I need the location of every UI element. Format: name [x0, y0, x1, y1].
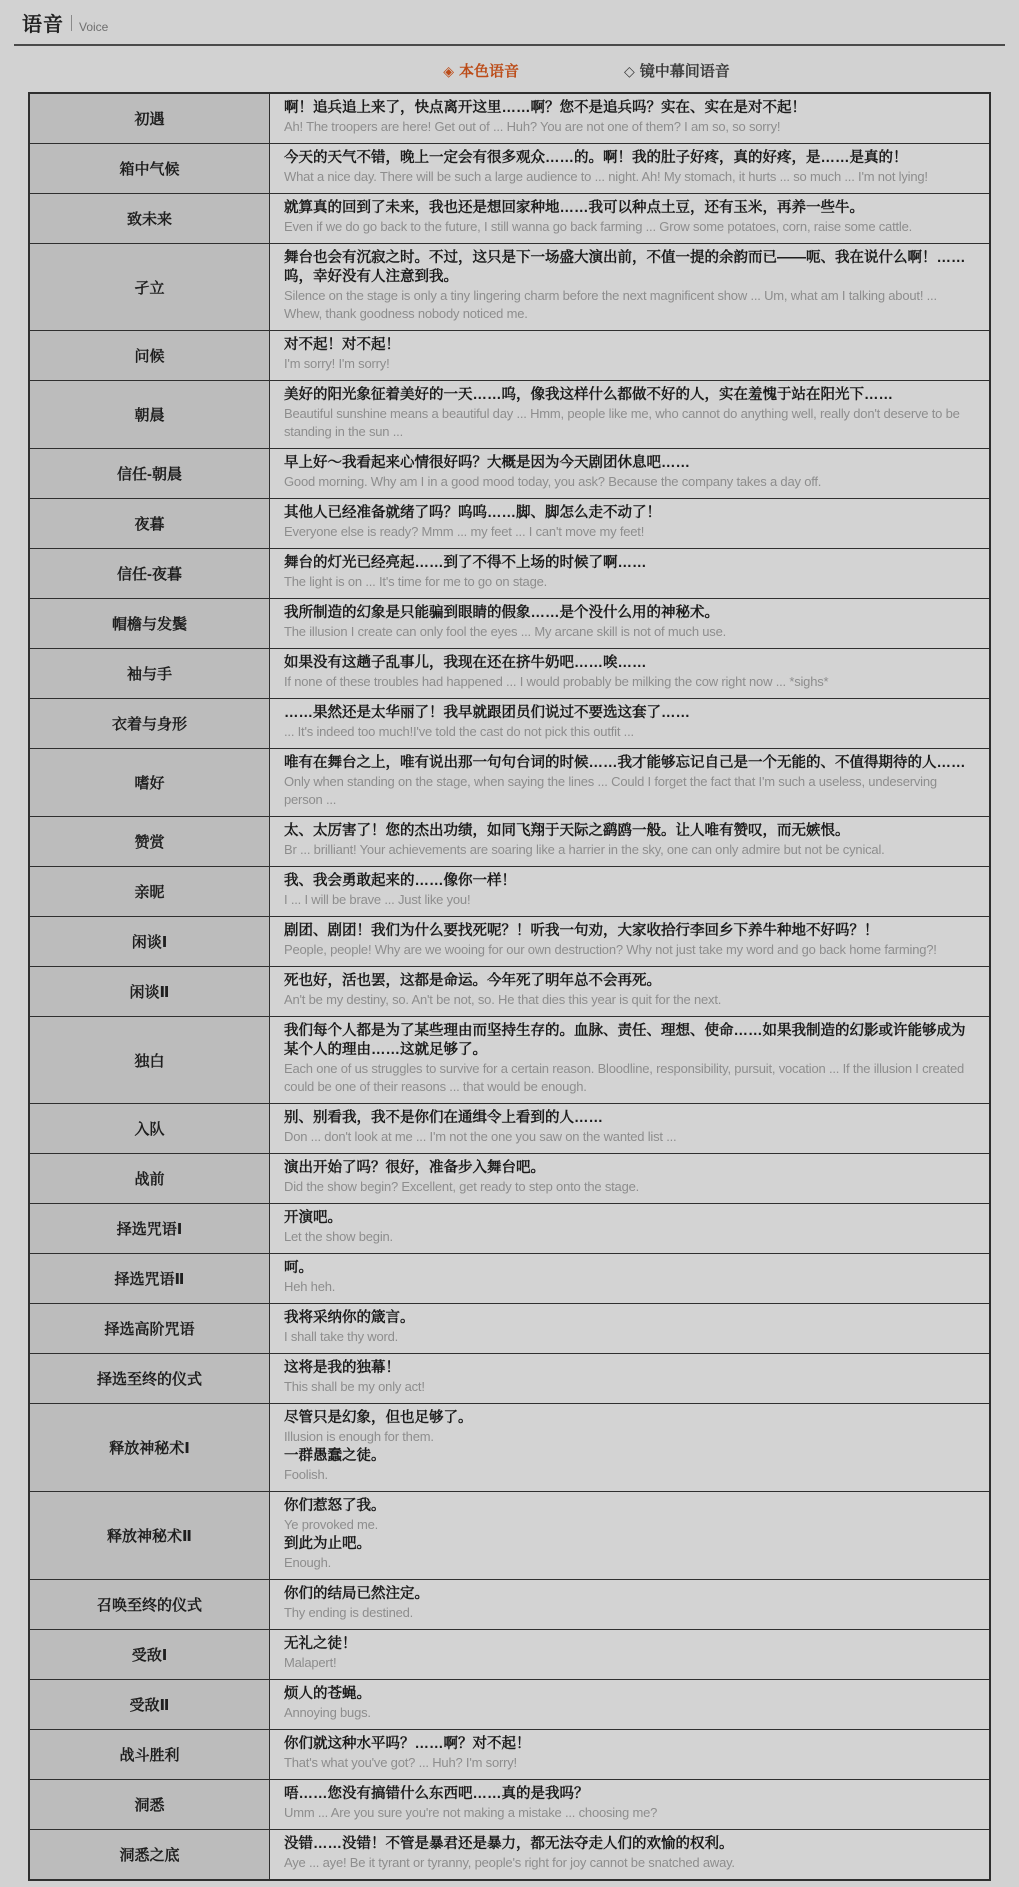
voice-line-zh: 剧团、剧团！我们为什么要找死呢？！听我一句劝，大家收拾行李回乡下养牛种地不好吗？…: [284, 922, 975, 941]
voice-title-cell: 袖与手: [30, 649, 270, 698]
voice-line-zh: 如果没有这趟子乱事儿，我现在还在挤牛奶吧……唉……: [284, 654, 975, 673]
table-row: 帽檐与发鬓我所制造的幻象是只能骗到眼睛的假象……是个没什么用的神秘术。The i…: [30, 598, 989, 648]
voice-line-en: People, people! Why are we wooing for ou…: [284, 941, 975, 959]
table-row: 袖与手如果没有这趟子乱事儿，我现在还在挤牛奶吧……唉……If none of t…: [30, 648, 989, 698]
voice-line-zh: 我们每个人都是为了某些理由而坚持生存的。血脉、责任、理想、使命……如果我制造的幻…: [284, 1022, 975, 1060]
voice-content-cell: 尽管只是幻象，但也足够了。Illusion is enough for them…: [270, 1404, 989, 1491]
voice-content-cell: 你们惹怒了我。Ye provoked me.到此为止吧。Enough.: [270, 1492, 989, 1579]
table-row: 独白我们每个人都是为了某些理由而坚持生存的。血脉、责任、理想、使命……如果我制造…: [30, 1016, 989, 1103]
table-row: 夜暮其他人已经准备就绪了吗？呜呜……脚、脚怎么走不动了！Everyone els…: [30, 498, 989, 548]
voice-line-zh: 开演吧。: [284, 1209, 975, 1228]
voice-content-cell: 如果没有这趟子乱事儿，我现在还在挤牛奶吧……唉……If none of thes…: [270, 649, 989, 698]
table-row: 问候对不起！对不起！I'm sorry! I'm sorry!: [30, 330, 989, 380]
voice-line-zh: 我所制造的幻象是只能骗到眼睛的假象……是个没什么用的神秘术。: [284, 604, 975, 623]
voice-line-zh: 你们的结局已然注定。: [284, 1585, 975, 1604]
tab-label-original-voice: 本色语音: [459, 63, 519, 80]
table-row: 受敌Ⅱ烦人的苍蝇。Annoying bugs.: [30, 1679, 989, 1729]
voice-content-cell: 舞台的灯光已经亮起……到了不得不上场的时候了啊……The light is on…: [270, 549, 989, 598]
voice-content-cell: 无礼之徒！Malapert!: [270, 1630, 989, 1679]
table-row: 择选咒语Ⅱ呵。Heh heh.: [30, 1253, 989, 1303]
page-header: 语音 Voice: [14, 4, 1005, 46]
voice-content-cell: 我将采纳你的箴言。I shall take thy word.: [270, 1304, 989, 1353]
active-tab-diamond-icon: ◈: [443, 63, 454, 79]
voice-title-cell: 战斗胜利: [30, 1730, 270, 1779]
voice-line-en: ... It's indeed too much!I've told the c…: [284, 723, 975, 741]
voice-content-cell: 舞台也会有沉寂之时。不过，这只是下一场盛大演出前，不值一提的余韵而已——呃、我在…: [270, 244, 989, 330]
voice-line-zh: 一群愚蠢之徒。: [284, 1447, 975, 1466]
voice-content-cell: 死也好，活也罢，这都是命运。今年死了明年总不会再死。An't be my des…: [270, 967, 989, 1016]
table-row: 闲谈Ⅱ死也好，活也罢，这都是命运。今年死了明年总不会再死。An't be my …: [30, 966, 989, 1016]
voice-title-cell: 衣着与身形: [30, 699, 270, 748]
voice-content-cell: 开演吧。Let the show begin.: [270, 1204, 989, 1253]
voice-title-cell: 洞悉: [30, 1780, 270, 1829]
voice-line-zh: 唯有在舞台之上，唯有说出那一句句台词的时候……我才能够忘记自己是一个无能的、不值…: [284, 754, 975, 773]
voice-table: 初遇啊！追兵追上来了，快点离开这里……啊？您不是追兵吗？实在、实在是对不起！Ah…: [28, 92, 991, 1881]
voice-line-en: Heh heh.: [284, 1278, 975, 1296]
voice-line-zh: 对不起！对不起！: [284, 336, 975, 355]
table-row: 择选高阶咒语我将采纳你的箴言。I shall take thy word.: [30, 1303, 989, 1353]
voice-line-zh: 无礼之徒！: [284, 1635, 975, 1654]
table-row: 入队别、别看我，我不是你们在通缉令上看到的人……Don ... don't lo…: [30, 1103, 989, 1153]
voice-title-cell: 赞赏: [30, 817, 270, 866]
voice-content-cell: 太、太厉害了！您的杰出功绩，如同飞翔于天际之鹞鸥一般。让人唯有赞叹，而无嫉恨。B…: [270, 817, 989, 866]
voice-content-cell: 烦人的苍蝇。Annoying bugs.: [270, 1680, 989, 1729]
page-title: 语音: [22, 8, 64, 37]
voice-line-zh: 啊！追兵追上来了，快点离开这里……啊？您不是追兵吗？实在、实在是对不起！: [284, 99, 975, 118]
voice-content-cell: ……果然还是太华丽了！我早就跟团员们说过不要选这套了……... It's ind…: [270, 699, 989, 748]
voice-content-cell: 你们就这种水平吗？……啊？对不起！That's what you've got?…: [270, 1730, 989, 1779]
voice-line-en: Don ... don't look at me ... I'm not the…: [284, 1128, 975, 1146]
voice-line-en: I shall take thy word.: [284, 1328, 975, 1346]
voice-line-zh: 其他人已经准备就绪了吗？呜呜……脚、脚怎么走不动了！: [284, 504, 975, 523]
voice-content-cell: 我所制造的幻象是只能骗到眼睛的假象……是个没什么用的神秘术。The illusi…: [270, 599, 989, 648]
voice-title-cell: 召唤至终的仪式: [30, 1580, 270, 1629]
voice-line-zh: 就算真的回到了未来，我也还是想回家种地……我可以种点土豆，还有玉米，再养一些牛。: [284, 199, 975, 218]
voice-title-cell: 受敌Ⅱ: [30, 1680, 270, 1729]
voice-line-zh: 演出开始了吗？很好，准备步入舞台吧。: [284, 1159, 975, 1178]
voice-title-cell: 洞悉之底: [30, 1830, 270, 1879]
voice-line-zh: 这将是我的独幕！: [284, 1359, 975, 1378]
voice-title-cell: 信任-夜暮: [30, 549, 270, 598]
table-row: 箱中气候今天的天气不错，晚上一定会有很多观众……的。啊！我的肚子好疼，真的好疼，…: [30, 143, 989, 193]
voice-content-cell: 唔……您没有搞错什么东西吧……真的是我吗？Umm ... Are you sur…: [270, 1780, 989, 1829]
voice-line-zh: 别、别看我，我不是你们在通缉令上看到的人……: [284, 1109, 975, 1128]
voice-content-cell: 我、我会勇敢起来的……像你一样！I ... I will be brave ..…: [270, 867, 989, 916]
voice-line-zh: 我将采纳你的箴言。: [284, 1309, 975, 1328]
voice-title-cell: 初遇: [30, 94, 270, 143]
voice-title-cell: 问候: [30, 331, 270, 380]
voice-title-cell: 箱中气候: [30, 144, 270, 193]
voice-line-en: Umm ... Are you sure you're not making a…: [284, 1804, 975, 1822]
voice-content-cell: 呵。Heh heh.: [270, 1254, 989, 1303]
voice-line-zh: 死也好，活也罢，这都是命运。今年死了明年总不会再死。: [284, 972, 975, 991]
table-row: 战斗胜利你们就这种水平吗？……啊？对不起！That's what you've …: [30, 1729, 989, 1779]
table-row: 闲谈Ⅰ剧团、剧团！我们为什么要找死呢？！听我一句劝，大家收拾行李回乡下养牛种地不…: [30, 916, 989, 966]
voice-line-zh: 我、我会勇敢起来的……像你一样！: [284, 872, 975, 891]
voice-content-cell: 别、别看我，我不是你们在通缉令上看到的人……Don ... don't look…: [270, 1104, 989, 1153]
voice-line-zh: 烦人的苍蝇。: [284, 1685, 975, 1704]
voice-title-cell: 亲昵: [30, 867, 270, 916]
table-row: 释放神秘术Ⅱ你们惹怒了我。Ye provoked me.到此为止吧。Enough…: [30, 1491, 989, 1579]
table-row: 召唤至终的仪式你们的结局已然注定。Thy ending is destined.: [30, 1579, 989, 1629]
table-row: 释放神秘术Ⅰ尽管只是幻象，但也足够了。Illusion is enough fo…: [30, 1403, 989, 1491]
voice-line-en: Malapert!: [284, 1654, 975, 1672]
title-divider: [71, 15, 72, 31]
voice-line-zh: 唔……您没有搞错什么东西吧……真的是我吗？: [284, 1785, 975, 1804]
voice-line-zh: 美好的阳光象征着美好的一天……呜，像我这样什么都做不好的人，实在羞愧于站在阳光下…: [284, 386, 975, 405]
voice-line-en: That's what you've got? ... Huh? I'm sor…: [284, 1754, 975, 1772]
voice-title-cell: 入队: [30, 1104, 270, 1153]
voice-content-cell: 没错……没错！不管是暴君还是暴力，都无法夺走人们的欢愉的权利。Aye ... a…: [270, 1830, 989, 1879]
voice-line-en: An't be my destiny, so. An't be not, so.…: [284, 991, 975, 1009]
tab-mirror-intermission-voice[interactable]: ◇镜中幕间语音: [624, 60, 730, 81]
table-row: 嗜好唯有在舞台之上，唯有说出那一句句台词的时候……我才能够忘记自己是一个无能的、…: [30, 748, 989, 816]
voice-title-cell: 择选咒语Ⅰ: [30, 1204, 270, 1253]
voice-content-cell: 你们的结局已然注定。Thy ending is destined.: [270, 1580, 989, 1629]
voice-line-en: Illusion is enough for them.: [284, 1428, 975, 1446]
voice-line-en: This shall be my only act!: [284, 1378, 975, 1396]
voice-line-zh: 太、太厉害了！您的杰出功绩，如同飞翔于天际之鹞鸥一般。让人唯有赞叹，而无嫉恨。: [284, 822, 975, 841]
voice-line-en: Beautiful sunshine means a beautiful day…: [284, 405, 975, 441]
voice-content-cell: 演出开始了吗？很好，准备步入舞台吧。Did the show begin? Ex…: [270, 1154, 989, 1203]
voice-line-zh: 你们惹怒了我。: [284, 1497, 975, 1516]
voice-line-en: Even if we do go back to the future, I s…: [284, 218, 975, 236]
voice-line-zh: 没错……没错！不管是暴君还是暴力，都无法夺走人们的欢愉的权利。: [284, 1835, 975, 1854]
voice-line-en: Ah! The troopers are here! Get out of ..…: [284, 118, 975, 136]
voice-title-cell: 战前: [30, 1154, 270, 1203]
voice-content-cell: 啊！追兵追上来了，快点离开这里……啊？您不是追兵吗？实在、实在是对不起！Ah! …: [270, 94, 989, 143]
voice-line-en: The illusion I create can only fool the …: [284, 623, 975, 641]
voice-line-en: Only when standing on the stage, when sa…: [284, 773, 975, 809]
voice-title-cell: 释放神秘术Ⅱ: [30, 1492, 270, 1579]
voice-content-cell: 就算真的回到了未来，我也还是想回家种地……我可以种点土豆，还有玉米，再养一些牛。…: [270, 194, 989, 243]
tab-label-mirror-intermission-voice: 镜中幕间语音: [640, 63, 730, 80]
voice-line-en: Thy ending is destined.: [284, 1604, 975, 1622]
voice-content-cell: 我们每个人都是为了某些理由而坚持生存的。血脉、责任、理想、使命……如果我制造的幻…: [270, 1017, 989, 1103]
voice-line-en: Everyone else is ready? Mmm ... my feet …: [284, 523, 975, 541]
voice-title-cell: 闲谈Ⅰ: [30, 917, 270, 966]
tab-original-voice[interactable]: ◈本色语音: [443, 60, 519, 81]
voice-title-cell: 朝晨: [30, 381, 270, 448]
table-row: 衣着与身形……果然还是太华丽了！我早就跟团员们说过不要选这套了……... It'…: [30, 698, 989, 748]
voice-title-cell: 释放神秘术Ⅰ: [30, 1404, 270, 1491]
voice-tabs: ◈本色语音 ◇镜中幕间语音: [77, 46, 1019, 92]
table-row: 择选咒语Ⅰ开演吧。Let the show begin.: [30, 1203, 989, 1253]
voice-title-cell: 帽檐与发鬓: [30, 599, 270, 648]
voice-title-cell: 择选至终的仪式: [30, 1354, 270, 1403]
voice-line-en: Good morning. Why am I in a good mood to…: [284, 473, 975, 491]
voice-line-en: Each one of us struggles to survive for …: [284, 1060, 975, 1096]
voice-line-en: Annoying bugs.: [284, 1704, 975, 1722]
voice-line-en: I'm sorry! I'm sorry!: [284, 355, 975, 373]
voice-line-zh: 呵。: [284, 1259, 975, 1278]
voice-title-cell: 致未来: [30, 194, 270, 243]
voice-line-en: Aye ... aye! Be it tyrant or tyranny, pe…: [284, 1854, 975, 1872]
voice-line-zh: 尽管只是幻象，但也足够了。: [284, 1409, 975, 1428]
voice-line-en: If none of these troubles had happened .…: [284, 673, 975, 691]
table-row: 受敌Ⅰ无礼之徒！Malapert!: [30, 1629, 989, 1679]
voice-title-cell: 孑立: [30, 244, 270, 330]
voice-title-cell: 择选咒语Ⅱ: [30, 1254, 270, 1303]
table-row: 致未来就算真的回到了未来，我也还是想回家种地……我可以种点土豆，还有玉米，再养一…: [30, 193, 989, 243]
voice-line-en: The light is on ... It's time for me to …: [284, 573, 975, 591]
table-row: 信任-朝晨早上好～我看起来心情很好吗？大概是因为今天剧团休息吧……Good mo…: [30, 448, 989, 498]
voice-content-cell: 这将是我的独幕！This shall be my only act!: [270, 1354, 989, 1403]
voice-title-cell: 择选高阶咒语: [30, 1304, 270, 1353]
table-row: 赞赏太、太厉害了！您的杰出功绩，如同飞翔于天际之鹞鸥一般。让人唯有赞叹，而无嫉恨…: [30, 816, 989, 866]
page-title-en: Voice: [79, 20, 108, 34]
table-row: 战前演出开始了吗？很好，准备步入舞台吧。Did the show begin? …: [30, 1153, 989, 1203]
voice-line-en: Br ... brilliant! Your achievements are …: [284, 841, 975, 859]
table-row: 亲昵我、我会勇敢起来的……像你一样！I ... I will be brave …: [30, 866, 989, 916]
table-row: 朝晨美好的阳光象征着美好的一天……呜，像我这样什么都做不好的人，实在羞愧于站在阳…: [30, 380, 989, 448]
voice-content-cell: 今天的天气不错，晚上一定会有很多观众……的。啊！我的肚子好疼，真的好疼，是……是…: [270, 144, 989, 193]
inactive-tab-diamond-icon: ◇: [624, 63, 635, 79]
voice-line-en: Foolish.: [284, 1466, 975, 1484]
voice-line-zh: 今天的天气不错，晚上一定会有很多观众……的。啊！我的肚子好疼，真的好疼，是……是…: [284, 149, 975, 168]
voice-line-en: What a nice day. There will be such a la…: [284, 168, 975, 186]
voice-title-cell: 闲谈Ⅱ: [30, 967, 270, 1016]
table-row: 初遇啊！追兵追上来了，快点离开这里……啊？您不是追兵吗？实在、实在是对不起！Ah…: [30, 94, 989, 143]
voice-line-en: Ye provoked me.: [284, 1516, 975, 1534]
table-row: 信任-夜暮舞台的灯光已经亮起……到了不得不上场的时候了啊……The light …: [30, 548, 989, 598]
voice-content-cell: 对不起！对不起！I'm sorry! I'm sorry!: [270, 331, 989, 380]
voice-title-cell: 信任-朝晨: [30, 449, 270, 498]
table-row: 择选至终的仪式这将是我的独幕！This shall be my only act…: [30, 1353, 989, 1403]
voice-title-cell: 夜暮: [30, 499, 270, 548]
voice-line-en: Silence on the stage is only a tiny ling…: [284, 287, 975, 323]
voice-line-en: Let the show begin.: [284, 1228, 975, 1246]
voice-line-en: Enough.: [284, 1554, 975, 1572]
voice-line-zh: 舞台也会有沉寂之时。不过，这只是下一场盛大演出前，不值一提的余韵而已——呃、我在…: [284, 249, 975, 287]
voice-title-cell: 独白: [30, 1017, 270, 1103]
table-row: 洞悉唔……您没有搞错什么东西吧……真的是我吗？Umm ... Are you s…: [30, 1779, 989, 1829]
table-row: 洞悉之底没错……没错！不管是暴君还是暴力，都无法夺走人们的欢愉的权利。Aye .…: [30, 1829, 989, 1879]
voice-line-en: Did the show begin? Excellent, get ready…: [284, 1178, 975, 1196]
voice-line-zh: ……果然还是太华丽了！我早就跟团员们说过不要选这套了……: [284, 704, 975, 723]
voice-title-cell: 嗜好: [30, 749, 270, 816]
voice-line-en: I ... I will be brave ... Just like you!: [284, 891, 975, 909]
voice-line-zh: 舞台的灯光已经亮起……到了不得不上场的时候了啊……: [284, 554, 975, 573]
voice-title-cell: 受敌Ⅰ: [30, 1630, 270, 1679]
voice-line-zh: 到此为止吧。: [284, 1535, 975, 1554]
voice-content-cell: 剧团、剧团！我们为什么要找死呢？！听我一句劝，大家收拾行李回乡下养牛种地不好吗？…: [270, 917, 989, 966]
voice-line-zh: 早上好～我看起来心情很好吗？大概是因为今天剧团休息吧……: [284, 454, 975, 473]
voice-content-cell: 唯有在舞台之上，唯有说出那一句句台词的时候……我才能够忘记自己是一个无能的、不值…: [270, 749, 989, 816]
voice-content-cell: 早上好～我看起来心情很好吗？大概是因为今天剧团休息吧……Good morning…: [270, 449, 989, 498]
voice-content-cell: 美好的阳光象征着美好的一天……呜，像我这样什么都做不好的人，实在羞愧于站在阳光下…: [270, 381, 989, 448]
table-row: 孑立舞台也会有沉寂之时。不过，这只是下一场盛大演出前，不值一提的余韵而已——呃、…: [30, 243, 989, 330]
voice-line-zh: 你们就这种水平吗？……啊？对不起！: [284, 1735, 975, 1754]
voice-content-cell: 其他人已经准备就绪了吗？呜呜……脚、脚怎么走不动了！Everyone else …: [270, 499, 989, 548]
